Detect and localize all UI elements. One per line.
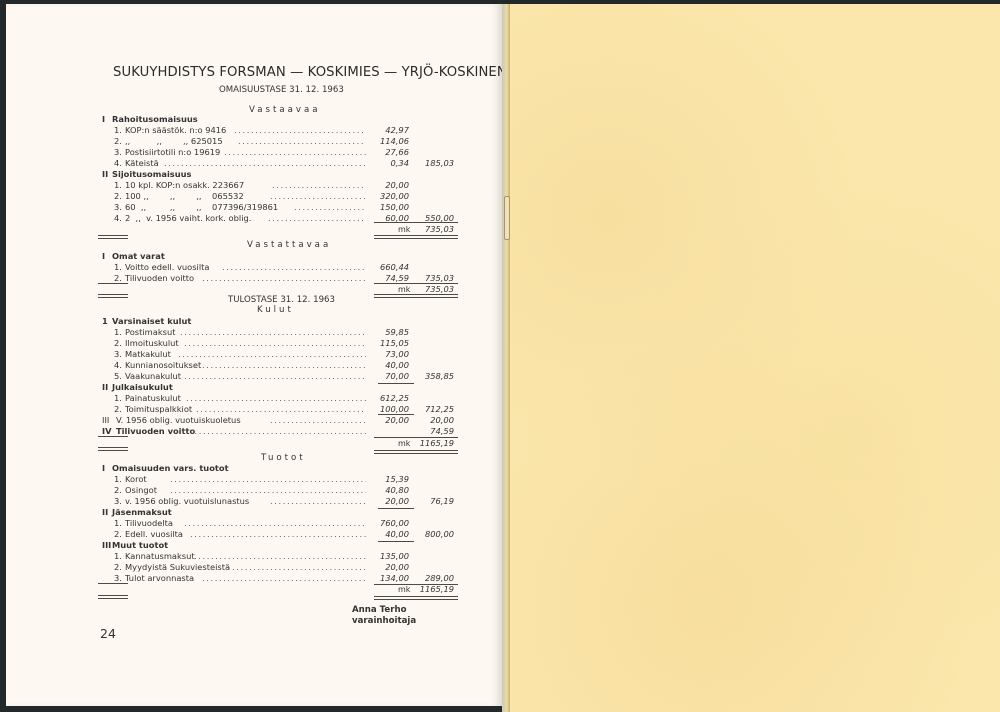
leader-dots: ........................................… bbox=[184, 518, 366, 529]
item-label: Tilivuoden voitto bbox=[125, 273, 194, 284]
total-row: mk 1165,19 bbox=[6, 584, 502, 595]
leader-dots: ........................................… bbox=[186, 426, 366, 437]
leader-dots: ........................................… bbox=[164, 158, 366, 169]
table-row: III V. 1956 oblig. vuotuiskuoletus .....… bbox=[6, 415, 502, 426]
double-rule bbox=[374, 294, 458, 295]
item-number: 3. bbox=[114, 147, 122, 158]
leader-dots: ........................................… bbox=[170, 485, 366, 496]
group-title: Rahoitusomaisuus bbox=[112, 114, 198, 125]
signature-role: varainhoitaja bbox=[352, 616, 416, 626]
double-rule bbox=[374, 297, 458, 298]
item-number: 2. bbox=[114, 485, 122, 496]
item-number: 1. bbox=[114, 518, 122, 529]
table-row: 3. Matkakulut ..........................… bbox=[6, 349, 502, 360]
double-rule bbox=[374, 596, 458, 597]
item-label: Osingot bbox=[125, 485, 157, 496]
table-row: 2. Toimituspalkkiot ....................… bbox=[6, 404, 502, 415]
table-row: 1. Painatuskulut .......................… bbox=[6, 393, 502, 404]
total-row: mk 735,03 bbox=[6, 224, 502, 235]
liabilities-heading: Vastattavaa bbox=[247, 240, 331, 250]
book-gutter bbox=[502, 4, 510, 712]
table-row: 1. Voitto edell. vuosilta ..............… bbox=[6, 262, 502, 273]
table-row: 1. 10 kpl. KOP:n osakk. 223667 .........… bbox=[6, 180, 502, 191]
leader-dots: ........................................… bbox=[234, 125, 366, 136]
leader-dots: ........................................… bbox=[178, 349, 366, 360]
roman-numeral: III bbox=[102, 540, 111, 551]
roman-numeral: II bbox=[102, 382, 108, 393]
item-number: 5. bbox=[114, 371, 122, 382]
subtotal-value: 800,00 bbox=[404, 529, 454, 540]
item-number: 3. bbox=[114, 202, 122, 213]
item-number: 1. bbox=[114, 327, 122, 338]
table-row: IV Tilivuoden voitto ...................… bbox=[6, 426, 502, 437]
total-row: mk 1165,19 bbox=[6, 438, 502, 449]
leader-dots: ........................................… bbox=[222, 262, 366, 273]
item-number: 3. bbox=[114, 349, 122, 360]
table-row: 2. Edell. vuosilta .....................… bbox=[6, 529, 502, 540]
item-label: KOP:n säästök. n:o 9416 bbox=[125, 125, 226, 136]
item-label: Edell. vuosilta bbox=[125, 529, 183, 540]
subtotal-value: 76,19 bbox=[404, 496, 454, 507]
item-label: Käteistä bbox=[125, 158, 159, 169]
total-value: 735,03 bbox=[404, 224, 454, 235]
item-label: Vaakunakulut bbox=[125, 371, 181, 382]
item-label: V. 1956 oblig. vuotuiskuoletus bbox=[116, 415, 241, 426]
item-value: 40,00 bbox=[349, 360, 409, 371]
table-row: 3. 60 ,, ,, ,, 077396/319861 ...........… bbox=[6, 202, 502, 213]
group-heading: I Omat varat bbox=[6, 251, 502, 262]
item-number: 4. bbox=[114, 158, 122, 169]
divider bbox=[98, 294, 128, 295]
item-number: 1. bbox=[114, 262, 122, 273]
item-value: 27,66 bbox=[349, 147, 409, 158]
roman-numeral: 1 bbox=[102, 316, 108, 327]
item-number: 2. bbox=[114, 191, 122, 202]
item-value: 150,00 bbox=[349, 202, 409, 213]
table-row: 3. v. 1956 oblig. vuotuislunastus ......… bbox=[6, 496, 502, 507]
leader-dots: ........................................… bbox=[184, 371, 366, 382]
item-label: ,, ,, ,, 625015 bbox=[125, 136, 223, 147]
roman-numeral: II bbox=[102, 507, 108, 518]
divider bbox=[98, 238, 128, 239]
item-number: 2. bbox=[114, 338, 122, 349]
item-number: 2. bbox=[114, 529, 122, 540]
roman-numeral: II bbox=[102, 169, 108, 180]
subtotal-value: 289,00 bbox=[404, 573, 454, 584]
item-label: Tilivuodelta bbox=[125, 518, 173, 529]
item-number: 1. bbox=[114, 474, 122, 485]
group-title: Julkaisukulut bbox=[112, 382, 173, 393]
total-value: 1165,19 bbox=[404, 584, 454, 595]
item-label: 60 ,, ,, ,, 077396/319861 bbox=[125, 202, 278, 213]
item-value: 20,00 bbox=[349, 496, 409, 507]
leader-dots: ........................................… bbox=[194, 551, 366, 562]
group-heading: I Omaisuuden vars. tuotot bbox=[6, 463, 502, 474]
item-label: Myydyistä Sukuviesteistä bbox=[125, 562, 230, 573]
table-row: 1. Korot ...............................… bbox=[6, 474, 502, 485]
item-value: 73,00 bbox=[349, 349, 409, 360]
group-title: Varsinaiset kulut bbox=[112, 316, 191, 327]
leader-dots: ........................................… bbox=[224, 147, 366, 158]
table-row: 2. Ilmoituskulut .......................… bbox=[6, 338, 502, 349]
group-heading: II Sijoitusomaisuus bbox=[6, 169, 502, 180]
item-value: 135,00 bbox=[349, 551, 409, 562]
item-label: Postimaksut bbox=[125, 327, 175, 338]
item-value: 20,00 bbox=[349, 415, 409, 426]
balance-sheet-title: OMAISUUSTASE 31. 12. 1963 bbox=[219, 85, 344, 95]
divider bbox=[98, 297, 128, 298]
divider bbox=[98, 447, 128, 448]
table-row: 4. Kunnianosoitukset ...................… bbox=[6, 360, 502, 371]
table-row: 1. KOP:n säästök. n:o 9416 .............… bbox=[6, 125, 502, 136]
item-label: Kannatusmaksut bbox=[125, 551, 195, 562]
left-page: SUKUYHDISTYS FORSMAN — KOSKIMIES — YRJÖ-… bbox=[6, 4, 502, 706]
item-label: Kunnianosoitukset bbox=[125, 360, 201, 371]
table-row: 2. Myydyistä Sukuviesteistä ............… bbox=[6, 562, 502, 573]
item-number: 2. bbox=[114, 562, 122, 573]
leader-dots: ........................................… bbox=[196, 404, 366, 415]
sum-rule bbox=[378, 414, 414, 415]
leader-dots: ........................................… bbox=[202, 273, 366, 284]
leader-dots: ........................................… bbox=[184, 338, 366, 349]
page-number: 24 bbox=[100, 626, 116, 641]
item-number: 4. bbox=[114, 360, 122, 371]
item-label: Tulot arvonnasta bbox=[125, 573, 194, 584]
subtotal-value: 358,85 bbox=[404, 371, 454, 382]
right-page-blank bbox=[510, 4, 1000, 712]
leader-dots: ........................................… bbox=[202, 573, 366, 584]
item-value: 59,85 bbox=[349, 327, 409, 338]
item-label: Postisiirtotili n:o 19619 bbox=[125, 147, 220, 158]
item-value: 40,00 bbox=[349, 529, 409, 540]
group-heading: III Muut tuotot bbox=[6, 540, 502, 551]
table-row: 4. Käteistä ............................… bbox=[6, 158, 502, 169]
item-value: 15,39 bbox=[349, 474, 409, 485]
group-heading: 1 Varsinaiset kulut bbox=[6, 316, 502, 327]
leader-dots: ........................................… bbox=[232, 562, 366, 573]
item-value: 40,80 bbox=[349, 485, 409, 496]
double-rule bbox=[374, 238, 458, 239]
item-label: 10 kpl. KOP:n osakk. 223667 bbox=[125, 180, 244, 191]
item-label: Toimituspalkkiot bbox=[125, 404, 192, 415]
item-value: 114,06 bbox=[349, 136, 409, 147]
roman-numeral: I bbox=[102, 463, 105, 474]
subtotal-value: 185,03 bbox=[404, 158, 454, 169]
item-number: 1. bbox=[114, 551, 122, 562]
table-row: 2. Osingot .............................… bbox=[6, 485, 502, 496]
divider bbox=[98, 235, 128, 236]
leader-dots: ........................................… bbox=[186, 393, 366, 404]
group-heading: I Rahoitusomaisuus bbox=[6, 114, 502, 125]
item-label: Voitto edell. vuosilta bbox=[125, 262, 210, 273]
roman-numeral: I bbox=[102, 114, 105, 125]
income-statement-title: TULOSTASE 31. 12. 1963 bbox=[228, 295, 335, 305]
item-number: 2. bbox=[114, 136, 122, 147]
item-value: 20,00 bbox=[349, 562, 409, 573]
item-value: 320,00 bbox=[349, 191, 409, 202]
item-number: 1. bbox=[114, 393, 122, 404]
double-rule bbox=[374, 453, 458, 454]
double-rule bbox=[374, 450, 458, 451]
item-label: 100 ,, ,, ,, 065532 bbox=[125, 191, 244, 202]
table-row: 5. Vaakunakulut ........................… bbox=[6, 371, 502, 382]
table-row: 1. Postimaksut .........................… bbox=[6, 327, 502, 338]
item-value: 70,00 bbox=[349, 371, 409, 382]
item-number: 1. bbox=[114, 180, 122, 191]
group-title: Jäsenmaksut bbox=[112, 507, 172, 518]
table-row: 2. 100 ,, ,, ,, 065532 .................… bbox=[6, 191, 502, 202]
divider bbox=[98, 595, 128, 596]
group-title: Muut tuotot bbox=[112, 540, 168, 551]
group-heading: II Julkaisukulut bbox=[6, 382, 502, 393]
item-value: 115,05 bbox=[349, 338, 409, 349]
income-heading: Tuotot bbox=[261, 453, 306, 463]
item-label: Ilmoituskulut bbox=[125, 338, 179, 349]
table-row: 1. Kannatusmaksut ......................… bbox=[6, 551, 502, 562]
group-title: Sijoitusomaisuus bbox=[112, 169, 192, 180]
item-number: 1. bbox=[114, 125, 122, 136]
group-title: Omaisuuden vars. tuotot bbox=[112, 463, 229, 474]
divider bbox=[98, 450, 128, 451]
document-title: SUKUYHDISTYS FORSMAN — KOSKIMIES — YRJÖ-… bbox=[113, 65, 453, 80]
divider bbox=[98, 436, 128, 437]
expenses-heading: Kulut bbox=[257, 305, 294, 315]
item-value: 0,34 bbox=[349, 158, 409, 169]
double-rule bbox=[374, 599, 458, 600]
item-value: 660,44 bbox=[349, 262, 409, 273]
roman-numeral: I bbox=[102, 251, 105, 262]
item-label: 2 ,, v. 1956 vaiht. kork. oblig. bbox=[125, 213, 251, 224]
item-number: 2. bbox=[114, 404, 122, 415]
item-label: v. 1956 oblig. vuotuislunastus bbox=[125, 496, 249, 507]
leader-dots: ........................................… bbox=[170, 474, 366, 485]
title-text: SUKUYHDISTYS FORSMAN — KOSKIMIES — YRJÖ-… bbox=[113, 65, 507, 80]
double-rule bbox=[374, 235, 458, 236]
subtotal-value: 74,59 bbox=[404, 426, 454, 437]
group-heading: II Jäsenmaksut bbox=[6, 507, 502, 518]
item-number: 4. bbox=[114, 213, 122, 224]
item-value: 20,00 bbox=[349, 180, 409, 191]
table-row: 3. Postisiirtotili n:o 19619 ...........… bbox=[6, 147, 502, 158]
item-value: 42,97 bbox=[349, 125, 409, 136]
table-row: 3. Tulot arvonnasta ....................… bbox=[6, 573, 502, 584]
subtotal-value: 20,00 bbox=[404, 415, 454, 426]
item-label: Painatuskulut bbox=[125, 393, 181, 404]
leader-dots: ........................................… bbox=[180, 327, 366, 338]
table-row: 1. Tilivuodelta ........................… bbox=[6, 518, 502, 529]
item-value: 612,25 bbox=[349, 393, 409, 404]
leader-dots: ........................................… bbox=[202, 360, 366, 371]
roman-numeral: III bbox=[102, 415, 109, 426]
leader-dots: ........................................… bbox=[190, 529, 366, 540]
total-value: 1165,19 bbox=[404, 438, 454, 449]
item-value: 760,00 bbox=[349, 518, 409, 529]
signature-name: Anna Terho bbox=[352, 605, 407, 615]
item-number: 3. bbox=[114, 496, 122, 507]
item-label: Korot bbox=[125, 474, 147, 485]
sum-rule bbox=[374, 222, 458, 223]
group-title: Omat varat bbox=[112, 251, 165, 262]
table-row: 2. ,, ,, ,, 625015 .....................… bbox=[6, 136, 502, 147]
item-value: 134,00 bbox=[349, 573, 409, 584]
leader-dots: ........................................… bbox=[238, 136, 366, 147]
item-label: Matkakulut bbox=[125, 349, 171, 360]
divider bbox=[98, 598, 128, 599]
